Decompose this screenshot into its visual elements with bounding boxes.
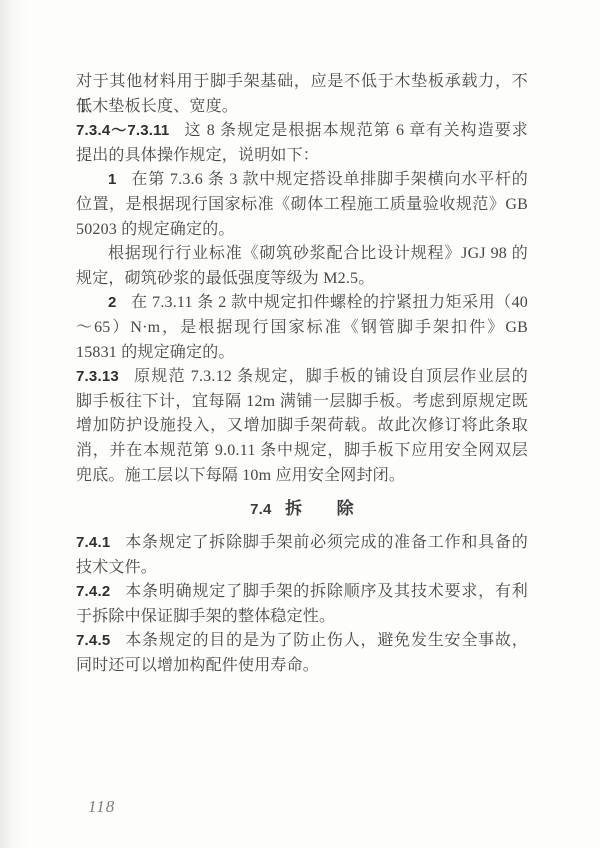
text-line: 于拆除中保证脚手架的整体稳定性。 <box>76 605 528 630</box>
text-line: 7.3.4～7.3.11这 8 条规定是根据本规范第 6 章有关构造要求 <box>76 119 528 144</box>
text-line: 技术文件。 <box>76 556 528 581</box>
line-text: 50203 的规定确定的。 <box>76 221 235 238</box>
clause-number: 7.3.13 <box>76 368 119 385</box>
text-line: 根据现行行业标准《砌筑砂浆配合比设计规程》JGJ 98 的 <box>76 242 528 267</box>
text-column: 对于其他材料用于脚手架基础，应是不低于木垫板承载力，不低 于木垫板长度、宽度。 … <box>76 70 528 679</box>
text-line: 7.4.1本条规定了拆除脚手架前必须完成的准备工作和具备的 <box>76 531 528 556</box>
text-line: 位置，是根据现行国家标准《砌体工程施工质量验收规范》GB <box>76 193 528 218</box>
section-number: 7.4 <box>250 501 271 518</box>
line-text: 在 7.3.11 条 2 款中规定扣件螺栓的拧紧扭力矩采用（40 <box>131 294 528 311</box>
text-line: 7.4.2本条明确规定了脚手架的拆除顺序及其技术要求，有利 <box>76 580 528 605</box>
line-text: 15831 的规定确定的。 <box>76 344 235 361</box>
clause-number: 7.4.1 <box>76 534 110 551</box>
line-text: 位置，是根据现行国家标准《砌体工程施工质量验收规范》GB <box>76 196 528 213</box>
text-line: 1在第 7.3.6 条 3 款中规定搭设单排脚手架横向水平杆的 <box>76 168 528 193</box>
clause-number: 7.4.2 <box>76 583 110 600</box>
page-number: 118 <box>88 797 115 817</box>
text-line: 于木垫板长度、宽度。 <box>76 95 528 120</box>
line-text: 提出的具体操作规定，说明如下： <box>76 147 319 164</box>
text-line: 提出的具体操作规定，说明如下： <box>76 144 528 169</box>
line-text: 增加防护设施投入，又增加脚手架荷载。故此次修订将此条取 <box>76 417 528 434</box>
text-line: 2在 7.3.11 条 2 款中规定扣件螺栓的拧紧扭力矩采用（40 <box>76 291 528 316</box>
clause-number: 7.4.5 <box>76 632 110 649</box>
line-text: 本条规定了拆除脚手架前必须完成的准备工作和具备的 <box>125 534 528 551</box>
text-line: 增加防护设施投入，又增加脚手架荷载。故此次修订将此条取 <box>76 414 528 439</box>
text-line: 脚手板往下计，宜每隔 12m 满铺一层脚手板。考虑到原规定既 <box>76 390 528 415</box>
line-text: 在第 7.3.6 条 3 款中规定搭设单排脚手架横向水平杆的 <box>131 171 528 188</box>
clause-number: 7.3.4～7.3.11 <box>76 122 169 139</box>
line-text: 规定，砌筑砂浆的最低强度等级为 M2.5。 <box>76 270 374 287</box>
item-number: 1 <box>108 171 117 188</box>
text-line: 规定，砌筑砂浆的最低强度等级为 M2.5。 <box>76 267 528 292</box>
line-text: 技术文件。 <box>76 559 157 576</box>
document-page: 对于其他材料用于脚手架基础，应是不低于木垫板承载力，不低 于木垫板长度、宽度。 … <box>0 0 600 848</box>
text-line: 15831 的规定确定的。 <box>76 341 528 366</box>
text-line: 同时还可以增加构配件使用寿命。 <box>76 654 528 679</box>
text-line: 50203 的规定确定的。 <box>76 218 528 243</box>
item-number: 2 <box>108 294 117 311</box>
section-heading: 7.4拆 除 <box>76 496 528 522</box>
line-text: 于木垫板长度、宽度。 <box>76 98 238 115</box>
text-line: 消，并在本规范第 9.0.11 条中规定，脚手板下应用安全网双层 <box>76 439 528 464</box>
text-line: 7.4.5本条规定的目的是为了防止伤人，避免发生安全事故， <box>76 629 528 654</box>
line-text: 于拆除中保证脚手架的整体稳定性。 <box>76 608 335 625</box>
text-line: 对于其他材料用于脚手架基础，应是不低于木垫板承载力，不低 <box>76 70 528 95</box>
line-text: 同时还可以增加构配件使用寿命。 <box>76 657 319 674</box>
line-text: ～65）N·m，是根据现行国家标准《钢管脚手架扣件》GB <box>76 319 528 336</box>
line-text: 根据现行行业标准《砌筑砂浆配合比设计规程》JGJ 98 的 <box>108 245 528 262</box>
text-line: 兜底。施工层以下每隔 10m 应用安全网封闭。 <box>76 464 528 489</box>
line-text: 本条规定的目的是为了防止伤人，避免发生安全事故， <box>125 632 528 649</box>
text-line: 7.3.13原规范 7.3.12 条规定，脚手板的铺设自顶层作业层的 <box>76 365 528 390</box>
line-text: 本条明确规定了脚手架的拆除顺序及其技术要求，有利 <box>125 583 528 600</box>
section-title: 拆 除 <box>285 499 354 518</box>
line-text: 这 8 条规定是根据本规范第 6 章有关构造要求 <box>184 122 528 139</box>
line-text: 消，并在本规范第 9.0.11 条中规定，脚手板下应用安全网双层 <box>76 442 528 459</box>
scan-edge-shadow <box>0 0 30 848</box>
line-text: 原规范 7.3.12 条规定，脚手板的铺设自顶层作业层的 <box>133 368 528 385</box>
line-text: 兜底。施工层以下每隔 10m 应用安全网封闭。 <box>76 467 405 484</box>
line-text: 脚手板往下计，宜每隔 12m 满铺一层脚手板。考虑到原规定既 <box>76 393 528 410</box>
text-line: ～65）N·m，是根据现行国家标准《钢管脚手架扣件》GB <box>76 316 528 341</box>
